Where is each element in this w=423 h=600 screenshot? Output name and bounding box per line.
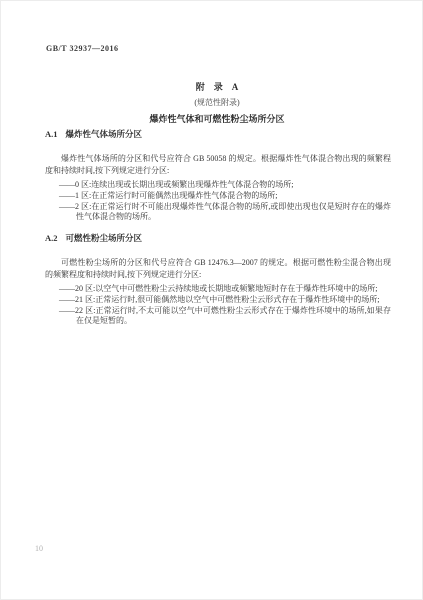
zone-item-2: ——2 区:在正常运行时不可能出现爆炸性气体混合物的场所,或即使出现也仅是短时存… bbox=[45, 202, 391, 224]
section-a2-heading: A.2可燃性粉尘场所分区 bbox=[45, 232, 391, 244]
section-a2-intro-paragraph: 可燃性粉尘场所的分区和代号应符合 GB 12476.3—2007 的规定。根据可… bbox=[45, 257, 391, 280]
section-a2-title: 可燃性粉尘场所分区 bbox=[66, 233, 143, 243]
zone-item-22: ——22 区:正常运行时,不太可能以空气中可燃性粉尘云形式存在于爆炸性环境中的场… bbox=[45, 306, 391, 328]
section-a1-intro-paragraph: 爆炸性气体场所的分区和代号应符合 GB 50058 的规定。根据爆炸性气体混合物… bbox=[45, 153, 391, 176]
section-a1-number: A.1 bbox=[45, 129, 58, 139]
standard-code-header: GB/T 32937—2016 bbox=[46, 44, 118, 53]
appendix-title-block: 附 录 A (规范性附录) 爆炸性气体和可燃性粉尘场所分区 bbox=[45, 80, 389, 125]
zone-item-0: ——0 区:连续出现或长期出现或频繁出现爆炸性气体混合物的场所; bbox=[45, 180, 391, 191]
appendix-title: 附 录 A bbox=[45, 80, 389, 93]
appendix-heading: 爆炸性气体和可燃性粉尘场所分区 bbox=[45, 112, 389, 125]
document-page: GB/T 32937—2016 附 录 A (规范性附录) 爆炸性气体和可燃性粉… bbox=[0, 0, 423, 600]
section-a2: A.2可燃性粉尘场所分区 可燃性粉尘场所的分区和代号应符合 GB 12476.3… bbox=[45, 232, 391, 327]
section-a2-number: A.2 bbox=[45, 233, 58, 243]
section-a1-title: 爆炸性气体场所分区 bbox=[66, 129, 143, 139]
zone-item-1: ——1 区:在正常运行时可能偶然出现爆炸性气体混合物的场所; bbox=[45, 191, 391, 202]
page-number: 10 bbox=[35, 544, 43, 553]
zone-item-20: ——20 区:以空气中可燃性粉尘云持续地或长期地或频繁地短时存在于爆炸性环境中的… bbox=[45, 284, 391, 295]
section-a1-heading: A.1爆炸性气体场所分区 bbox=[45, 128, 391, 140]
section-a1: A.1爆炸性气体场所分区 爆炸性气体场所的分区和代号应符合 GB 50058 的… bbox=[45, 128, 391, 223]
zone-item-21: ——21 区:正常运行时,很可能偶然地以空气中可燃性粉尘云形式存在于爆炸性环境中… bbox=[45, 295, 391, 306]
appendix-subtitle: (规范性附录) bbox=[45, 97, 389, 108]
